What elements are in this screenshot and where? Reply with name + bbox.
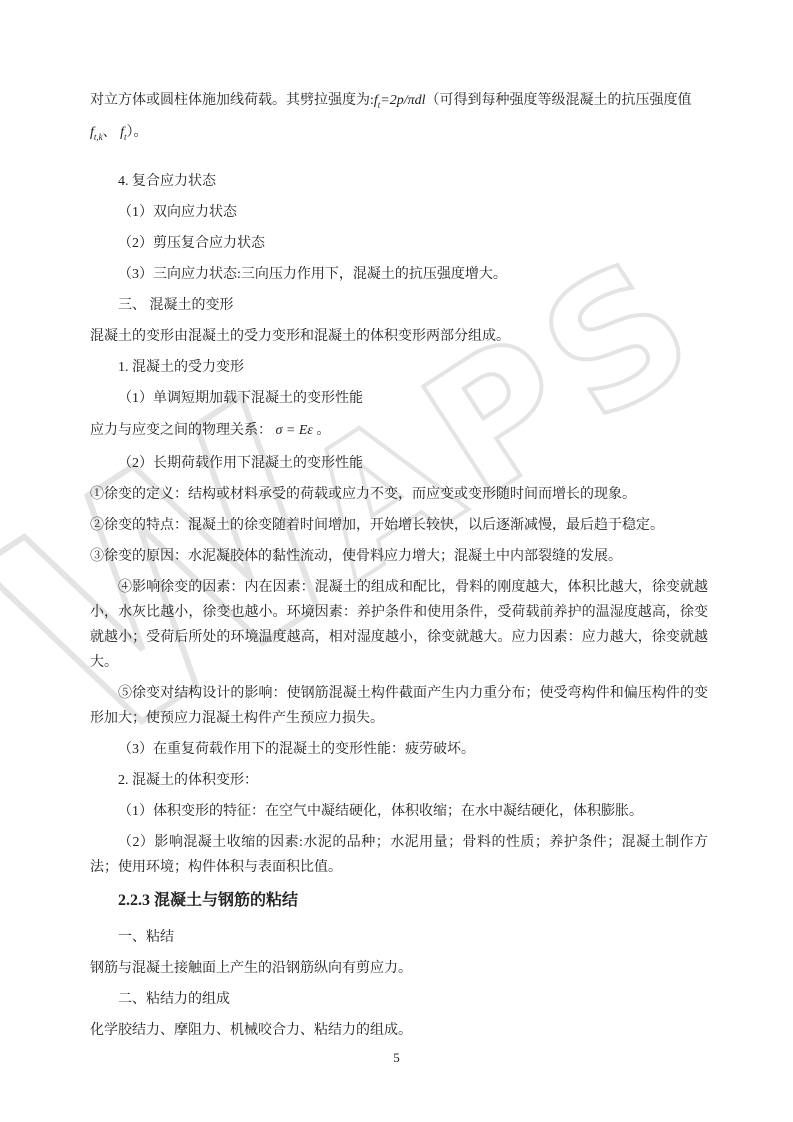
paragraph: 化学胶结力、摩阻力、机械咬合力、粘结力的组成。 — [90, 1018, 708, 1043]
paragraph: 混凝土的变形由混凝土的受力变形和混凝土的体积变形两部分组成。 — [90, 324, 708, 349]
paragraph: （1）双向应力状态 — [90, 200, 708, 225]
paragraph: ①徐变的定义：结构或材料承受的荷载或应力不变，而应变或变形随时间而增长的现象。 — [90, 482, 708, 507]
paragraph: （2）剪压复合应力状态 — [90, 231, 708, 256]
paragraph: （2）长期荷载作用下混凝土的变形性能 — [90, 451, 708, 476]
paragraph: 一、粘结 — [90, 925, 708, 950]
paragraph: 钢筋与混凝土接触面上产生的沿钢筋纵向有剪应力。 — [90, 956, 708, 981]
paragraph: （2）影响混凝土收缩的因素:水泥的品种；水泥用量；骨料的性质；养护条件；混凝土制… — [90, 830, 708, 880]
math-expression: σ = Eε — [276, 423, 313, 438]
paragraph: ②徐变的特点：混凝土的徐变随着时间增加，开始增长较快，以后逐渐减慢，最后趋于稳定… — [90, 513, 708, 538]
paragraph: 4. 复合应力状态 — [90, 169, 708, 194]
paragraph: 1. 混凝土的受力变形 — [90, 355, 708, 380]
paragraph: 三、 混凝土的变形 — [90, 293, 708, 318]
paragraph: ④影响徐变的因素：内在因素：混凝土的组成和配比，骨料的刚度越大，体积比越大，徐变… — [90, 575, 708, 675]
paragraph: （1）单调短期加载下混凝土的变形性能 — [90, 386, 708, 411]
paragraph: （3）在重复荷载作用下的混凝土的变形性能：疲劳破坏。 — [90, 737, 708, 762]
paragraph: 对立方体或圆柱体施加线荷载。其劈拉强度为:ft=2p/πdl（可得到每种强度等级… — [90, 88, 708, 113]
document-body: 对立方体或圆柱体施加线荷载。其劈拉强度为:ft=2p/πdl（可得到每种强度等级… — [90, 88, 708, 1049]
math-subscript: t,k — [94, 132, 103, 142]
section-heading: 2.2.3 混凝土与钢筋的粘结 — [90, 888, 708, 913]
paragraph: （3）三向应力状态:三向压力作用下，混凝土的抗压强度增大。 — [90, 262, 708, 287]
paragraph: 应力与应变之间的物理关系： σ = Eε 。 — [90, 417, 708, 445]
math-subscript: t — [124, 132, 127, 142]
math-expression: =2p/πdl — [380, 93, 425, 108]
paragraph: 2. 混凝土的体积变形： — [90, 768, 708, 793]
paragraph: （1）体积变形的特征：在空气中凝结硬化，体积收缩；在水中凝结硬化，体积膨胀。 — [90, 799, 708, 824]
page-number: 5 — [0, 1050, 793, 1066]
paragraph: 二、粘结力的组成 — [90, 987, 708, 1012]
paragraph: ft,k、 ft）。 — [90, 119, 708, 147]
paragraph: ③徐变的原因：水泥凝胶体的黏性流动，使骨料应力增大；混凝土中内部裂缝的发展。 — [90, 544, 708, 569]
paragraph: ⑤徐变对结构设计的影响：使钢筋混凝土构件截面产生内力重分布；使受弯构件和偏压构件… — [90, 681, 708, 731]
